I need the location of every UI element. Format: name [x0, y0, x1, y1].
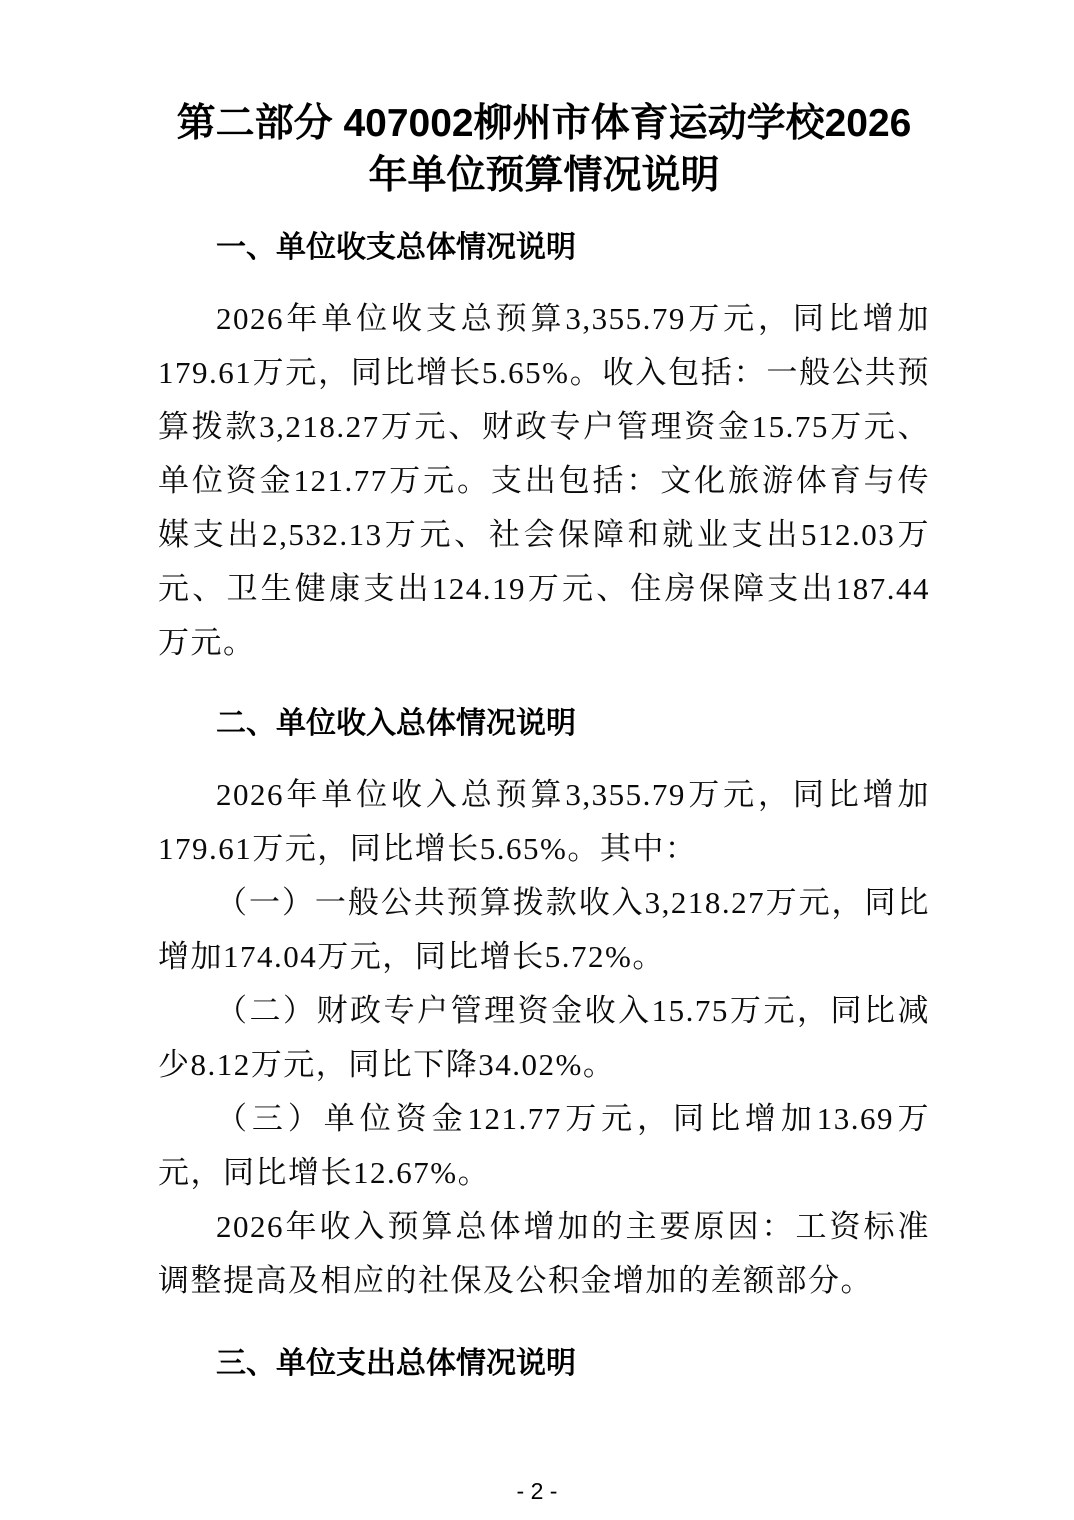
paragraph-income-total: 2026年单位收入总预算3,355.79万元，同比增加179.61万元，同比增长… [158, 768, 930, 876]
paragraph-total-budget: 2026年单位收支总预算3,355.79万元，同比增加179.61万元，同比增长… [158, 292, 930, 670]
document-title: 第二部分 407002柳州市体育运动学校2026 年单位预算情况说明 [158, 98, 930, 202]
paragraph-income-item-1: （一）一般公共预算拨款收入3,218.27万元，同比增加174.04万元，同比增… [158, 876, 930, 984]
section-heading-income-overview: 二、单位收入总体情况说明 [158, 704, 930, 744]
paragraph-income-item-2: （二）财政专户管理资金收入15.75万元，同比减少8.12万元，同比下降34.0… [158, 984, 930, 1092]
document-page: 第二部分 407002柳州市体育运动学校2026 年单位预算情况说明 一、单位收… [0, 0, 1074, 1520]
section-heading-income-expense-overview: 一、单位收支总体情况说明 [158, 228, 930, 268]
paragraph-income-increase-reason: 2026年收入预算总体增加的主要原因：工资标准调整提高及相应的社保及公积金增加的… [158, 1200, 930, 1308]
document-title-line-2: 年单位预算情况说明 [158, 150, 930, 202]
section-heading-expense-overview: 三、单位支出总体情况说明 [158, 1344, 930, 1384]
paragraph-income-item-3: （三）单位资金121.77万元，同比增加13.69万元，同比增长12.67%。 [158, 1092, 930, 1200]
page-number: - 2 - [0, 1478, 1074, 1505]
document-title-line-1: 第二部分 407002柳州市体育运动学校2026 [158, 98, 930, 150]
